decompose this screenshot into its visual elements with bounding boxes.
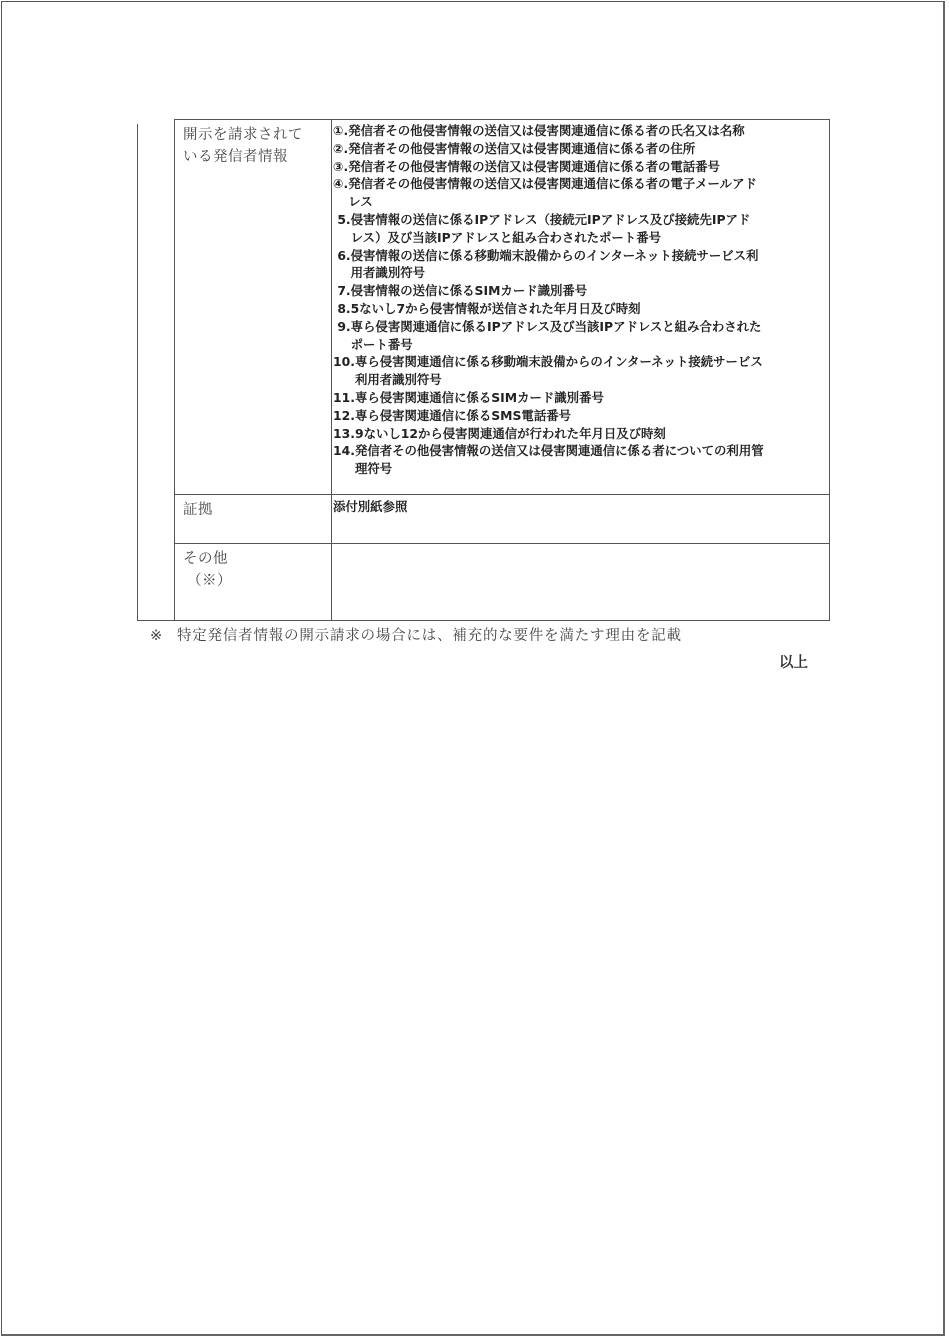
column-divider (331, 495, 332, 543)
item-text: 発信者その他侵害情報の送信又は侵害関連通信に係る者の住所 (348, 140, 827, 158)
item-text: 発信者その他侵害情報の送信又は侵害関連通信に係る者の氏名又は名称 (348, 122, 827, 140)
list-item: 6.侵害情報の送信に係る移動端末設備からのインターネット接続サービス利用者識別符… (333, 247, 827, 283)
table-row-other: その他 （※） (175, 543, 829, 620)
row-label-other: その他 （※） (183, 548, 329, 592)
item-number: 6. (333, 247, 351, 283)
list-item: ④.発信者その他侵害情報の送信又は侵害関連通信に係る者の電子メールアドレス (333, 175, 827, 211)
column-divider (331, 120, 332, 494)
label-line: 開示を請求されて (183, 127, 303, 143)
list-item: ②.発信者その他侵害情報の送信又は侵害関連通信に係る者の住所 (333, 140, 827, 158)
item-line: 侵害情報の送信に係る移動端末設備からのインターネット接続サービス利 (351, 248, 759, 263)
disclosure-request-table: 開示を請求されて いる発信者情報 ①.発信者その他侵害情報の送信又は侵害関連通信… (174, 119, 830, 621)
item-line: 発信者その他侵害情報の送信又は侵害関連通信に係る者の住所 (348, 141, 695, 156)
item-line: 利用者識別符号 (355, 372, 442, 387)
row-label-evidence: 証拠 (183, 499, 329, 521)
list-item: 7.侵害情報の送信に係るSIMカード識別番号 (333, 282, 827, 300)
outer-frame-left-line (137, 124, 138, 621)
item-line: 専ら侵害関連通信に係るSIMカード識別番号 (355, 390, 604, 405)
table-row-evidence: 証拠 添付別紙参照 (175, 494, 829, 543)
item-number: 7. (333, 282, 351, 300)
item-line: 発信者その他侵害情報の送信又は侵害関連通信に係る者の電子メールアド (348, 176, 757, 191)
item-number: 9. (333, 318, 351, 354)
list-item: 11.専ら侵害関連通信に係るSIMカード識別番号 (333, 389, 827, 407)
item-text: 発信者その他侵害情報の送信又は侵害関連通信に係る者の電話番号 (348, 158, 827, 176)
list-item: ③.発信者その他侵害情報の送信又は侵害関連通信に係る者の電話番号 (333, 158, 827, 176)
item-line: レス (348, 194, 372, 209)
item-line: 発信者その他侵害情報の送信又は侵害関連通信に係る者についての利用管 (355, 443, 764, 458)
list-item: 14.発信者その他侵害情報の送信又は侵害関連通信に係る者についての利用管理符号 (333, 442, 827, 478)
item-number: 8. (333, 300, 351, 318)
list-item: ①.発信者その他侵害情報の送信又は侵害関連通信に係る者の氏名又は名称 (333, 122, 827, 140)
label-line: （※） (183, 570, 329, 592)
closing-remark: 以上 (779, 651, 808, 672)
item-line: 9ないし12から侵害関連通信が行われた年月日及び時刻 (355, 426, 666, 441)
item-text: 侵害情報の送信に係る移動端末設備からのインターネット接続サービス利用者識別符号 (351, 247, 827, 283)
item-text: 侵害情報の送信に係るIPアドレス（接続元IPアドレス及び接続先IPアドレス）及び… (351, 211, 827, 247)
row-label-requested-info: 開示を請求されて いる発信者情報 (183, 124, 329, 168)
item-number: 5. (333, 211, 351, 247)
item-text: 5ないし7から侵害情報が送信された年月日及び時刻 (351, 300, 827, 318)
item-number: 12. (333, 407, 355, 425)
list-item: 8.5ないし7から侵害情報が送信された年月日及び時刻 (333, 300, 827, 318)
label-line: その他 (183, 551, 228, 567)
item-text: 侵害情報の送信に係るSIMカード識別番号 (351, 282, 827, 300)
footnote-text: 特定発信者情報の開示請求の場合には、補充的な要件を満たす理由を記載 (177, 628, 682, 644)
list-item: 10.専ら侵害関連通信に係る移動端末設備からのインターネット接続サービス利用者識… (333, 353, 827, 389)
item-number: 11. (333, 389, 355, 407)
item-number: ②. (333, 140, 348, 158)
evidence-value: 添付別紙参照 (333, 497, 407, 515)
item-number: ④. (333, 175, 348, 211)
list-item: 5.侵害情報の送信に係るIPアドレス（接続元IPアドレス及び接続先IPアドレス）… (333, 211, 827, 247)
list-item: 12.専ら侵害関連通信に係るSMS電話番号 (333, 407, 827, 425)
item-text: 専ら侵害関連通信に係るIPアドレス及び当該IPアドレスと組み合わされたポート番号 (351, 318, 827, 354)
item-number: ③. (333, 158, 348, 176)
item-line: 専ら侵害関連通信に係るIPアドレス及び当該IPアドレスと組み合わされた (351, 319, 762, 334)
label-line: いる発信者情報 (183, 149, 288, 165)
item-number: 13. (333, 425, 355, 443)
item-line: ポート番号 (351, 337, 413, 352)
item-text: 専ら侵害関連通信に係るSIMカード識別番号 (355, 389, 827, 407)
column-divider (331, 544, 332, 620)
item-number: 14. (333, 442, 355, 478)
item-line: 5ないし7から侵害情報が送信された年月日及び時刻 (351, 301, 641, 316)
item-line: 侵害情報の送信に係るIPアドレス（接続元IPアドレス及び接続先IPアド (351, 212, 751, 227)
item-line: レス）及び当該IPアドレスと組み合わされたポート番号 (351, 230, 661, 245)
list-item: 9.専ら侵害関連通信に係るIPアドレス及び当該IPアドレスと組み合わされたポート… (333, 318, 827, 354)
item-line: 専ら侵害関連通信に係るSMS電話番号 (355, 408, 571, 423)
item-number: 10. (333, 353, 355, 389)
item-text: 専ら侵害関連通信に係るSMS電話番号 (355, 407, 827, 425)
table-row-requested-info: 開示を請求されて いる発信者情報 ①.発信者その他侵害情報の送信又は侵害関連通信… (175, 120, 829, 494)
item-number: ①. (333, 122, 348, 140)
list-item: 13.9ないし12から侵害関連通信が行われた年月日及び時刻 (333, 425, 827, 443)
requested-info-list: ①.発信者その他侵害情報の送信又は侵害関連通信に係る者の氏名又は名称 ②.発信者… (333, 122, 827, 478)
item-text: 9ないし12から侵害関連通信が行われた年月日及び時刻 (355, 425, 827, 443)
reference-mark: ※ (150, 628, 163, 644)
item-line: 発信者その他侵害情報の送信又は侵害関連通信に係る者の電話番号 (348, 159, 720, 174)
item-line: 発信者その他侵害情報の送信又は侵害関連通信に係る者の氏名又は名称 (348, 123, 745, 138)
item-line: 用者識別符号 (351, 265, 425, 280)
item-line: 侵害情報の送信に係るSIMカード識別番号 (351, 283, 588, 298)
item-text: 発信者その他侵害情報の送信又は侵害関連通信に係る者についての利用管理符号 (355, 442, 827, 478)
item-text: 発信者その他侵害情報の送信又は侵害関連通信に係る者の電子メールアドレス (348, 175, 827, 211)
item-text: 専ら侵害関連通信に係る移動端末設備からのインターネット接続サービス利用者識別符号 (355, 353, 827, 389)
item-line: 理符号 (355, 461, 392, 476)
footnote: ※特定発信者情報の開示請求の場合には、補充的な要件を満たす理由を記載 (150, 624, 682, 645)
item-line: 専ら侵害関連通信に係る移動端末設備からのインターネット接続サービス (355, 354, 763, 369)
